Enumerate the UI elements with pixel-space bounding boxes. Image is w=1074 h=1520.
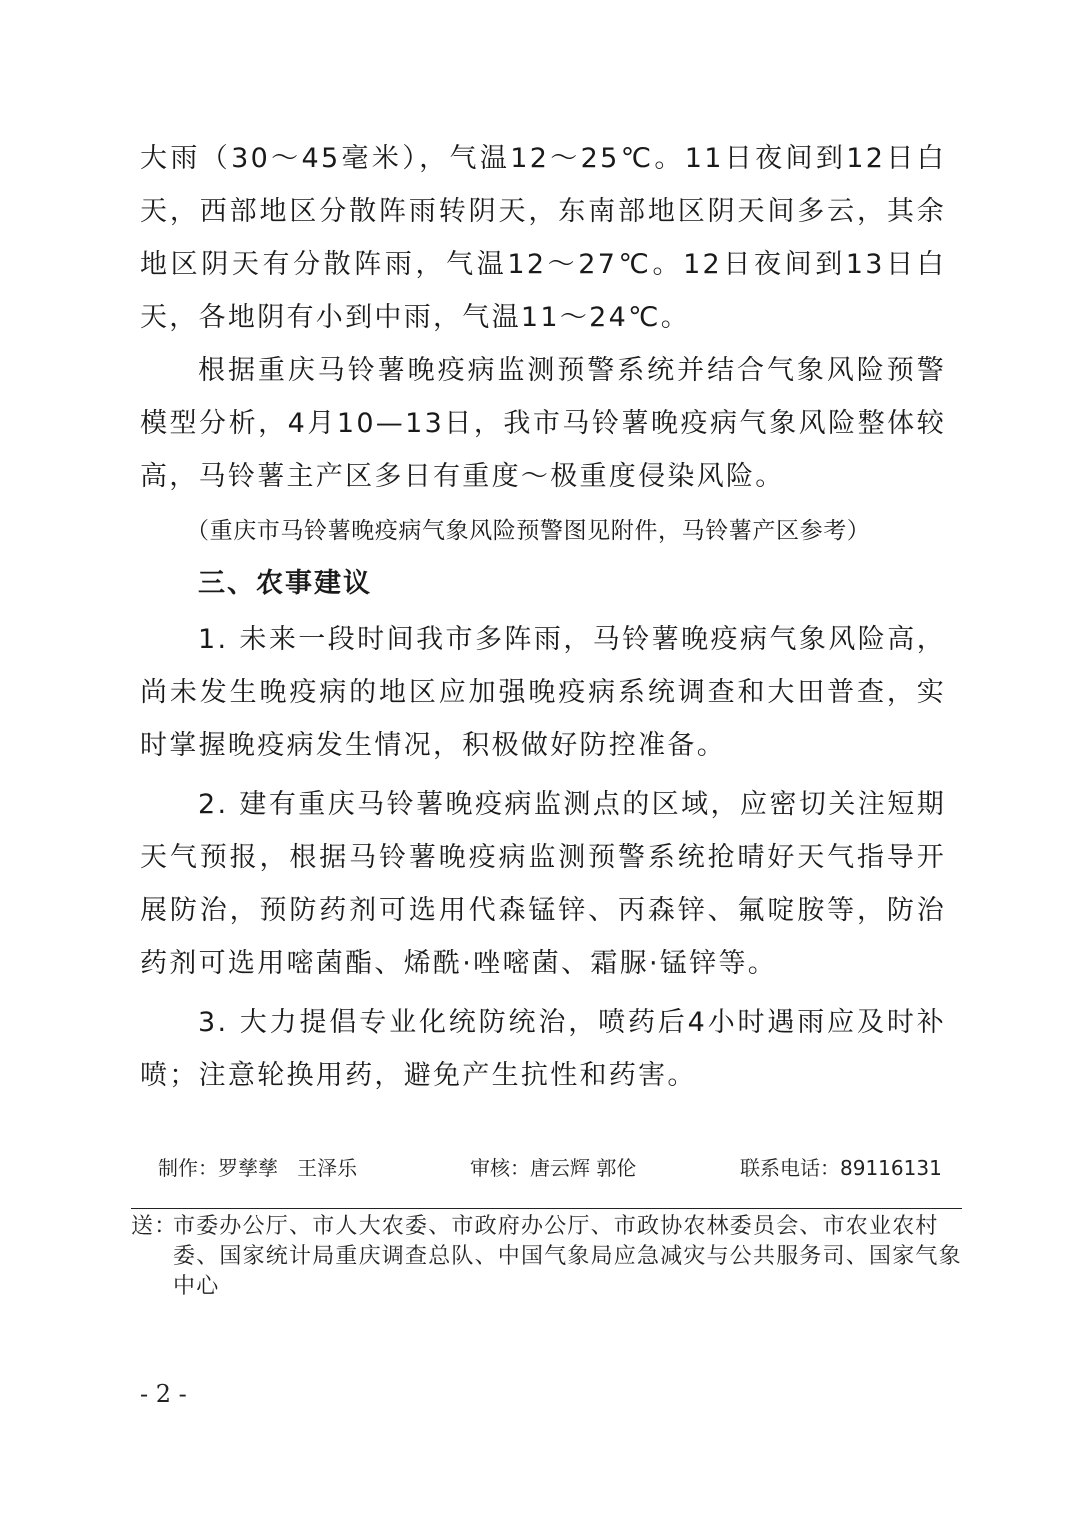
footer-divider bbox=[131, 1208, 962, 1209]
distribution-recipients: 市委办公厅、市人大农委、市政府办公厅、市政协农林委员会、市农业农村委、国家统计局… bbox=[173, 1212, 963, 1302]
footer-credits: 制作：罗孳孳 王泽乐 审核：唐云辉 郭伦 联系电话：89116131 bbox=[158, 1150, 948, 1186]
attachment-note: （重庆市马铃薯晚疫病气象风险预警图见附件，马铃薯产区参考） bbox=[140, 503, 946, 559]
distribution-label: 送： bbox=[131, 1212, 177, 1242]
weather-forecast-paragraph: 大雨（30～45毫米），气温12～25℃。11日夜间到12日白天，西部地区分散阵… bbox=[140, 132, 946, 344]
recommendation-item-1: 1. 未来一段时间我市多阵雨，马铃薯晚疫病气象风险高，尚未发生晚疫病的地区应加强… bbox=[140, 613, 946, 772]
contact-phone: 联系电话：89116131 bbox=[740, 1150, 942, 1186]
risk-assessment-paragraph: 根据重庆马铃薯晚疫病监测预警系统并结合气象风险预警模型分析，4月10—13日，我… bbox=[140, 344, 946, 503]
document-page: 大雨（30～45毫米），气温12～25℃。11日夜间到12日白天，西部地区分散阵… bbox=[0, 0, 1074, 1520]
distribution-list: 送： 市委办公厅、市人大农委、市政府办公厅、市政协农林委员会、市农业农村委、国家… bbox=[131, 1212, 963, 1302]
document-body: 大雨（30～45毫米），气温12～25℃。11日夜间到12日白天，西部地区分散阵… bbox=[140, 132, 946, 1102]
page-number: - 2 - bbox=[140, 1380, 187, 1408]
producer-credit: 制作：罗孳孳 王泽乐 bbox=[158, 1150, 357, 1186]
section-heading-agricultural-advice: 三、农事建议 bbox=[140, 559, 946, 609]
recommendation-item-2: 2. 建有重庆马铃薯晚疫病监测点的区域，应密切关注短期天气预报，根据马铃薯晚疫病… bbox=[140, 778, 946, 990]
reviewer-credit: 审核：唐云辉 郭伦 bbox=[470, 1150, 636, 1186]
recommendation-item-3: 3. 大力提倡专业化统防统治，喷药后4小时遇雨应及时补喷；注意轮换用药，避免产生… bbox=[140, 996, 946, 1102]
